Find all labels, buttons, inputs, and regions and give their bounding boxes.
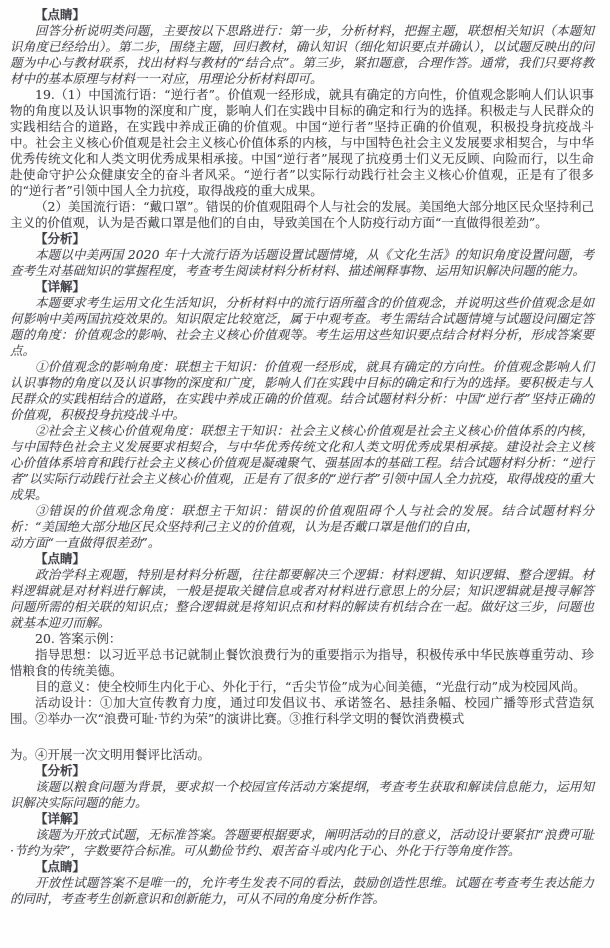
explanation-paragraph: ③错误的价值观念角度：联想主干知识：错误的价值观阻碍个人与社会的发展。结合试题材… [10, 503, 594, 535]
answer-paragraph: 目的意义：使全校师生内化于心、外化于行，“舌尖节俭”成为心间美德，“光盘行动”成… [10, 679, 594, 695]
explanation-paragraph: 政治学科主观题，特别是材料分析题，往往都要解决三个逻辑：材料逻辑、知识逻辑、整合… [10, 567, 594, 631]
answer-paragraph: 19.（1）中国流行语：“逆行者”。价值观一经形成，就具有确定的方向性，价值观念… [10, 87, 594, 199]
explanation-paragraph: 回答分析说明类问题，主要按以下思路进行：第一步，分析材料，把握主题，联想相关知识… [10, 23, 594, 87]
section-heading: 【点睛】 [10, 551, 594, 567]
section-heading: 【详解】 [10, 279, 594, 295]
section-heading: 【点睛】 [10, 859, 594, 875]
section-heading: 【详解】 [10, 811, 594, 827]
document-page: 【点睛】回答分析说明类问题，主要按以下思路进行：第一步，分析材料，把握主题，联想… [0, 0, 610, 948]
answer-paragraph: 20. 答案示例： [10, 631, 594, 647]
answer-paragraph: 为。④开展一次文明用餐评比活动。 [10, 747, 594, 763]
answer-paragraph: 活动设计：①加大宣传教育力度，通过印发倡议书、承诺签名、悬挂条幅、校园广播等形式… [10, 695, 594, 727]
explanation-paragraph: 该题为开放式试题，无标准答案。答题要根据要求，阐明活动的目的意义，活动设计要紧扣… [10, 827, 594, 859]
section-heading: 【分析】 [10, 231, 594, 247]
section-heading: 【分析】 [10, 763, 594, 779]
explanation-paragraph: 该题以粮食问题为背景，要求拟一个校园宣传活动方案提纲，考查考生获取和解读信息能力… [10, 779, 594, 811]
explanation-paragraph: 本题要求考生运用文化生活知识，分析材料中的流行语所蕴含的价值观念，并说明这些价值… [10, 295, 594, 359]
explanation-paragraph: ①价值观念的影响角度：联想主干知识：价值观一经形成，就具有确定的方向性。价值观念… [10, 359, 594, 423]
explanation-paragraph: 动方面“一直做得很差劲”。 [10, 535, 594, 551]
section-heading: 【点睛】 [10, 7, 594, 23]
answer-paragraph: （2）美国流行语：“戴口罩”。错误的价值观阻碍个人与社会的发展。美国绝大部分地区… [10, 199, 594, 231]
answer-paragraph: 指导思想：以习近平总书记就制止餐饮浪费行为的重要指示为指导，积极传承中华民族尊重… [10, 647, 594, 679]
explanation-paragraph: 开放性试题答案不是唯一的，允许考生发表不同的看法，鼓励创造性思维。试题在考查考生… [10, 875, 594, 907]
explanation-paragraph: ②社会主义核心价值观角度：联想主干知识：社会主义核心价值观是社会主义核心价值体系… [10, 423, 594, 503]
explanation-paragraph: 本题以中美两国 2020 年十大流行语为话题设置试题情境，从《文化生活》的知识角… [10, 247, 594, 279]
